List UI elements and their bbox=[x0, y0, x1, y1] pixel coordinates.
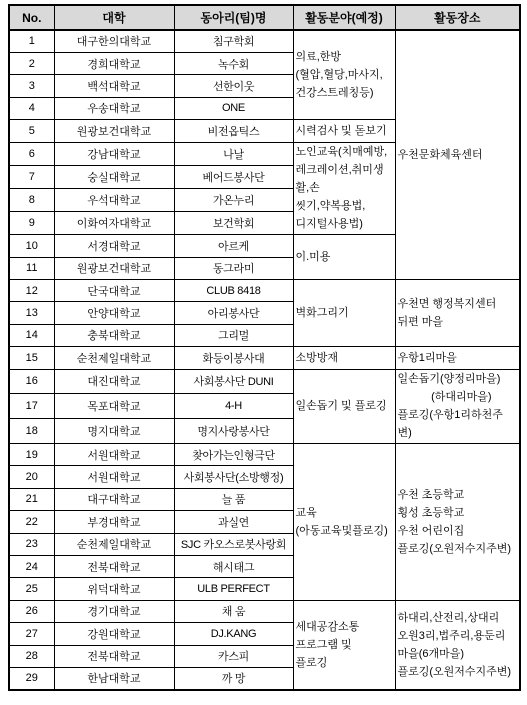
university-cell: 대구대학교 bbox=[54, 488, 174, 510]
club-name-cell: 카스피 bbox=[174, 645, 293, 667]
activity-location-cell: 하대리,산전리,상대리 오원3리,법주리,용둔리 마을(6개마을) 플로깅(오원… bbox=[395, 600, 520, 690]
club-name-cell: 찾아가는인형극단 bbox=[174, 443, 293, 465]
activity-field-cell: 시력검사 및 돋보기 bbox=[293, 120, 395, 142]
row-number-cell: 8 bbox=[9, 188, 54, 211]
university-cell: 백석대학교 bbox=[54, 75, 174, 97]
activity-location-cell: 우천문화체육센터 bbox=[395, 30, 520, 279]
row-number-cell: 13 bbox=[9, 302, 54, 324]
activity-location-cell: 우항1리마을 bbox=[395, 347, 520, 369]
row-number-cell: 3 bbox=[9, 75, 54, 97]
column-header-university: 대학 bbox=[54, 5, 174, 30]
activity-location-cell: 우천면 행정복지센터 뒤편 마을 bbox=[395, 279, 520, 346]
university-cell: 순천제일대학교 bbox=[54, 533, 174, 555]
row-number-cell: 14 bbox=[9, 324, 54, 346]
row-number-cell: 5 bbox=[9, 120, 54, 142]
university-cell: 순천제일대학교 bbox=[54, 347, 174, 369]
table-body: 1대구한의대학교침구학회의료,한방 (혈압,혈당,마사지, 건강스트레칭등)우천… bbox=[9, 30, 520, 690]
row-number-cell: 10 bbox=[9, 235, 54, 257]
club-name-cell: 화등이봉사대 bbox=[174, 347, 293, 369]
club-name-cell: ONE bbox=[174, 97, 293, 119]
club-name-cell: 그리멀 bbox=[174, 324, 293, 346]
activity-field-cell: 소방방재 bbox=[293, 347, 395, 369]
row-number-cell: 6 bbox=[9, 142, 54, 165]
university-cell: 원광보건대학교 bbox=[54, 120, 174, 142]
club-name-cell: ULB PERFECT bbox=[174, 578, 293, 600]
row-number-cell: 16 bbox=[9, 369, 54, 394]
row-number-cell: 23 bbox=[9, 533, 54, 555]
club-name-cell: 과실연 bbox=[174, 511, 293, 533]
table-row: 16대진대학교사회봉사단 DUNI일손돕기 및 플로깅일손돕기(양정리마을) (… bbox=[9, 369, 520, 394]
club-name-cell: 베어드봉사단 bbox=[174, 165, 293, 188]
row-number-cell: 29 bbox=[9, 667, 54, 690]
volunteer-clubs-table: No. 대학 동아리(팀)명 활동분야(예정) 활동장소 1대구한의대학교침구학… bbox=[8, 4, 521, 691]
university-cell: 단국대학교 bbox=[54, 279, 174, 301]
activity-field-cell: 의료,한방 (혈압,혈당,마사지, 건강스트레칭등) bbox=[293, 30, 395, 120]
activity-field-cell: 벽화그리기 bbox=[293, 279, 395, 346]
club-name-cell: 가온누리 bbox=[174, 188, 293, 211]
activity-location-cell: 우천 초등학교 횡성 초등학교 우천 어린이집 플로깅(오원저수지주변) bbox=[395, 443, 520, 600]
university-cell: 강원대학교 bbox=[54, 623, 174, 645]
club-name-cell: 아르케 bbox=[174, 235, 293, 257]
club-name-cell: 침구학회 bbox=[174, 30, 293, 52]
row-number-cell: 4 bbox=[9, 97, 54, 119]
activity-field-cell: 세대공감소통 프로그램 및 플로깅 bbox=[293, 600, 395, 690]
university-cell: 한남대학교 bbox=[54, 667, 174, 690]
university-cell: 충북대학교 bbox=[54, 324, 174, 346]
university-cell: 전북대학교 bbox=[54, 555, 174, 577]
column-header-activity: 활동분야(예정) bbox=[293, 5, 395, 30]
club-name-cell: SJC 카오스로봇사랑회 bbox=[174, 533, 293, 555]
table-row: 1대구한의대학교침구학회의료,한방 (혈압,혈당,마사지, 건강스트레칭등)우천… bbox=[9, 30, 520, 52]
university-cell: 전북대학교 bbox=[54, 645, 174, 667]
row-number-cell: 7 bbox=[9, 165, 54, 188]
activity-field-cell: 일손돕기 및 플로깅 bbox=[293, 369, 395, 443]
university-cell: 이화여자대학교 bbox=[54, 212, 174, 235]
table-row: 12단국대학교CLUB 8418벽화그리기우천면 행정복지센터 뒤편 마을 bbox=[9, 279, 520, 301]
row-number-cell: 15 bbox=[9, 347, 54, 369]
row-number-cell: 18 bbox=[9, 419, 54, 444]
row-number-cell: 1 bbox=[9, 30, 54, 52]
university-cell: 대구한의대학교 bbox=[54, 30, 174, 52]
row-number-cell: 17 bbox=[9, 394, 54, 419]
club-name-cell: 동그라미 bbox=[174, 257, 293, 279]
club-name-cell: 4-H bbox=[174, 394, 293, 419]
university-cell: 대진대학교 bbox=[54, 369, 174, 394]
column-header-club: 동아리(팀)명 bbox=[174, 5, 293, 30]
university-cell: 우석대학교 bbox=[54, 188, 174, 211]
university-cell: 우송대학교 bbox=[54, 97, 174, 119]
table-header: No. 대학 동아리(팀)명 활동분야(예정) 활동장소 bbox=[9, 5, 520, 30]
university-cell: 강남대학교 bbox=[54, 142, 174, 165]
activity-location-cell: 일손돕기(양정리마을) (하대리마을) 플로깅(우항1리하천주변) bbox=[395, 369, 520, 443]
activity-field-cell: 이.미용 bbox=[293, 235, 395, 280]
university-cell: 안양대학교 bbox=[54, 302, 174, 324]
row-number-cell: 22 bbox=[9, 511, 54, 533]
row-number-cell: 26 bbox=[9, 600, 54, 622]
activity-field-cell: 교육 (아동교육및플로깅) bbox=[293, 443, 395, 600]
club-name-cell: 나날 bbox=[174, 142, 293, 165]
column-header-no: No. bbox=[9, 5, 54, 30]
club-name-cell: 사회봉사단(소방행정) bbox=[174, 466, 293, 488]
club-name-cell: DJ.KANG bbox=[174, 623, 293, 645]
table-row: 26경기대학교채 움세대공감소통 프로그램 및 플로깅하대리,산전리,상대리 오… bbox=[9, 600, 520, 622]
university-cell: 위덕대학교 bbox=[54, 578, 174, 600]
university-cell: 경기대학교 bbox=[54, 600, 174, 622]
club-name-cell: 사회봉사단 DUNI bbox=[174, 369, 293, 394]
activity-field-cell: 노인교육(치매예방, 레크레이션,취미생활,손 씻기,약복용법, 디지털사용법) bbox=[293, 142, 395, 235]
club-name-cell: 녹수회 bbox=[174, 52, 293, 74]
club-name-cell: 까 망 bbox=[174, 667, 293, 690]
university-cell: 부경대학교 bbox=[54, 511, 174, 533]
club-name-cell: 선한이웃 bbox=[174, 75, 293, 97]
row-number-cell: 2 bbox=[9, 52, 54, 74]
row-number-cell: 25 bbox=[9, 578, 54, 600]
row-number-cell: 28 bbox=[9, 645, 54, 667]
university-cell: 서원대학교 bbox=[54, 466, 174, 488]
row-number-cell: 21 bbox=[9, 488, 54, 510]
university-cell: 서원대학교 bbox=[54, 443, 174, 465]
row-number-cell: 27 bbox=[9, 623, 54, 645]
table-row: 19서원대학교찾아가는인형극단교육 (아동교육및플로깅)우천 초등학교 횡성 초… bbox=[9, 443, 520, 465]
column-header-location: 활동장소 bbox=[395, 5, 520, 30]
university-cell: 원광보건대학교 bbox=[54, 257, 174, 279]
row-number-cell: 11 bbox=[9, 257, 54, 279]
university-cell: 경희대학교 bbox=[54, 52, 174, 74]
club-name-cell: 보건학회 bbox=[174, 212, 293, 235]
university-cell: 목포대학교 bbox=[54, 394, 174, 419]
club-name-cell: 늘 품 bbox=[174, 488, 293, 510]
club-name-cell: 비전옵틱스 bbox=[174, 120, 293, 142]
row-number-cell: 12 bbox=[9, 279, 54, 301]
row-number-cell: 20 bbox=[9, 466, 54, 488]
row-number-cell: 24 bbox=[9, 555, 54, 577]
university-cell: 숭실대학교 bbox=[54, 165, 174, 188]
club-name-cell: 명지사랑봉사단 bbox=[174, 419, 293, 444]
club-name-cell: 채 움 bbox=[174, 600, 293, 622]
university-cell: 명지대학교 bbox=[54, 419, 174, 444]
row-number-cell: 9 bbox=[9, 212, 54, 235]
university-cell: 서경대학교 bbox=[54, 235, 174, 257]
header-row: No. 대학 동아리(팀)명 활동분야(예정) 활동장소 bbox=[9, 5, 520, 30]
club-name-cell: 아리봉사단 bbox=[174, 302, 293, 324]
table-row: 15순천제일대학교화등이봉사대소방방재우항1리마을 bbox=[9, 347, 520, 369]
club-name-cell: 해시태그 bbox=[174, 555, 293, 577]
club-name-cell: CLUB 8418 bbox=[174, 279, 293, 301]
row-number-cell: 19 bbox=[9, 443, 54, 465]
